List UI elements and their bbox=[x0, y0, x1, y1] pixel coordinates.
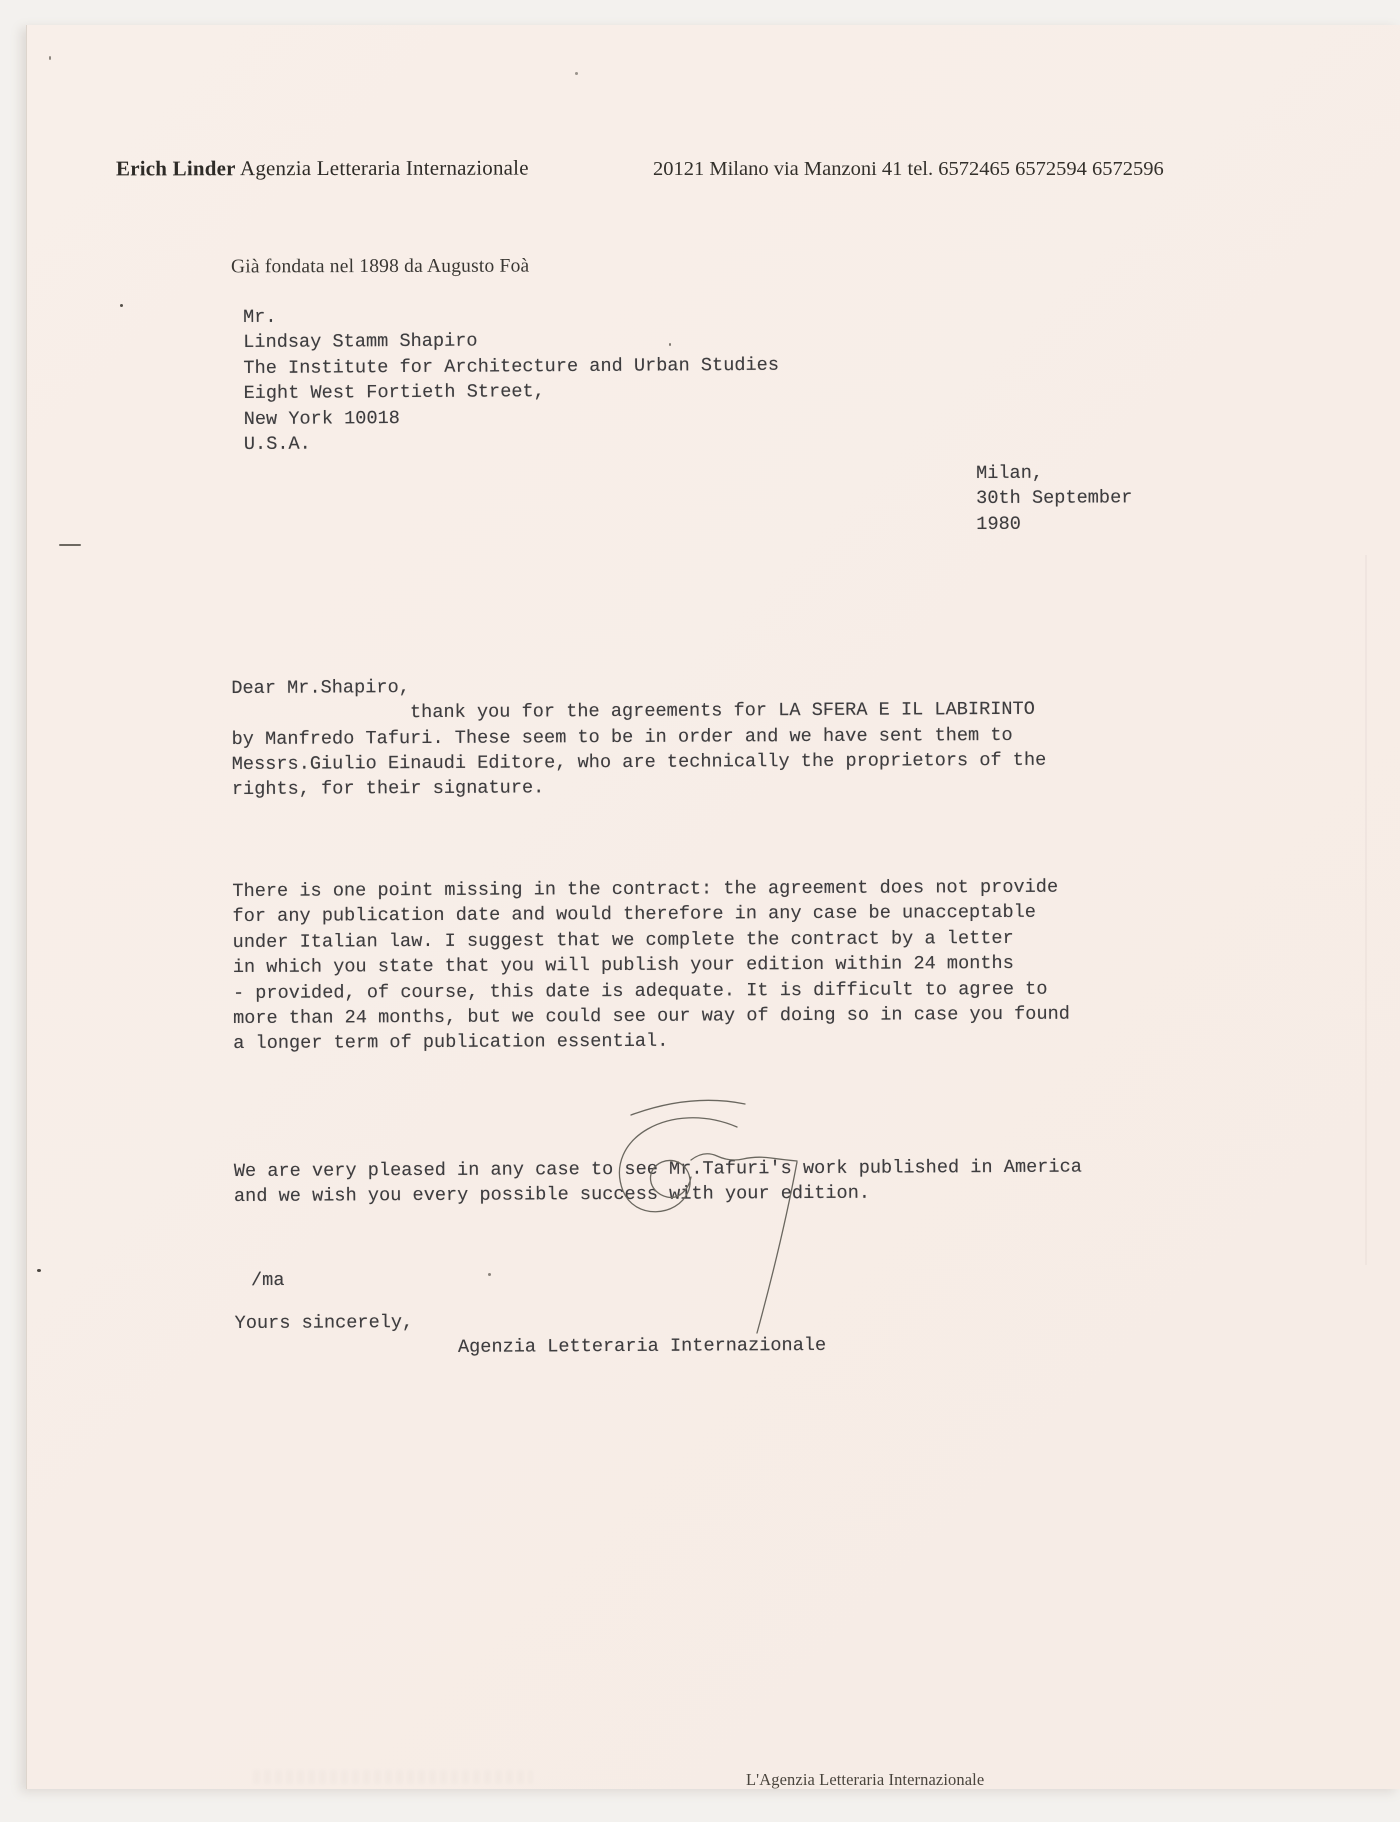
dateline-block: Milan, 30th September 1980 bbox=[976, 460, 1133, 537]
paper-speck bbox=[37, 1269, 41, 1272]
recipient-address-block: Mr. Lindsay Stamm Shapiro The Institute … bbox=[243, 302, 780, 458]
scan-edge-streak bbox=[1365, 555, 1367, 1265]
body-paragraph-agreements: Dear Mr.Shapiro, thank you for the agree… bbox=[231, 671, 1192, 803]
paper-speck bbox=[120, 304, 123, 307]
letterhead: Erich Linder Agenzia Letteraria Internaz… bbox=[116, 155, 529, 182]
paper-speck bbox=[488, 1273, 491, 1276]
typist-initials: /ma bbox=[251, 1268, 285, 1294]
letterhead-agency-owner: Erich Linder bbox=[116, 156, 236, 180]
paper-speck bbox=[575, 72, 578, 75]
paper-speck bbox=[669, 343, 671, 346]
paper-speck bbox=[49, 56, 51, 60]
body-paragraph-contract-point: There is one point missing in the contra… bbox=[232, 874, 1193, 1057]
scanned-letter-screenshot: { "letterhead": { "name_bold": "Erich Li… bbox=[0, 0, 1400, 1822]
faint-ghost-imprint bbox=[253, 1770, 533, 1784]
letterhead-founding-subtitle: Già fondata nel 1898 da Augusto Foà bbox=[231, 256, 529, 279]
letter-page: Erich Linder Agenzia Letteraria Internaz… bbox=[26, 25, 1400, 1789]
handwritten-signature-scribble bbox=[561, 1077, 831, 1347]
letterhead-agency-name: Agenzia Letteraria Internazionale bbox=[236, 156, 529, 181]
margin-pencil-dash bbox=[59, 544, 81, 546]
letterhead-address-phone: 20121 Milano via Manzoni 41 tel. 6572465… bbox=[653, 156, 1164, 182]
footer-disclaimer: L'Agenzia Letteraria Internazionale non … bbox=[746, 1770, 995, 1789]
